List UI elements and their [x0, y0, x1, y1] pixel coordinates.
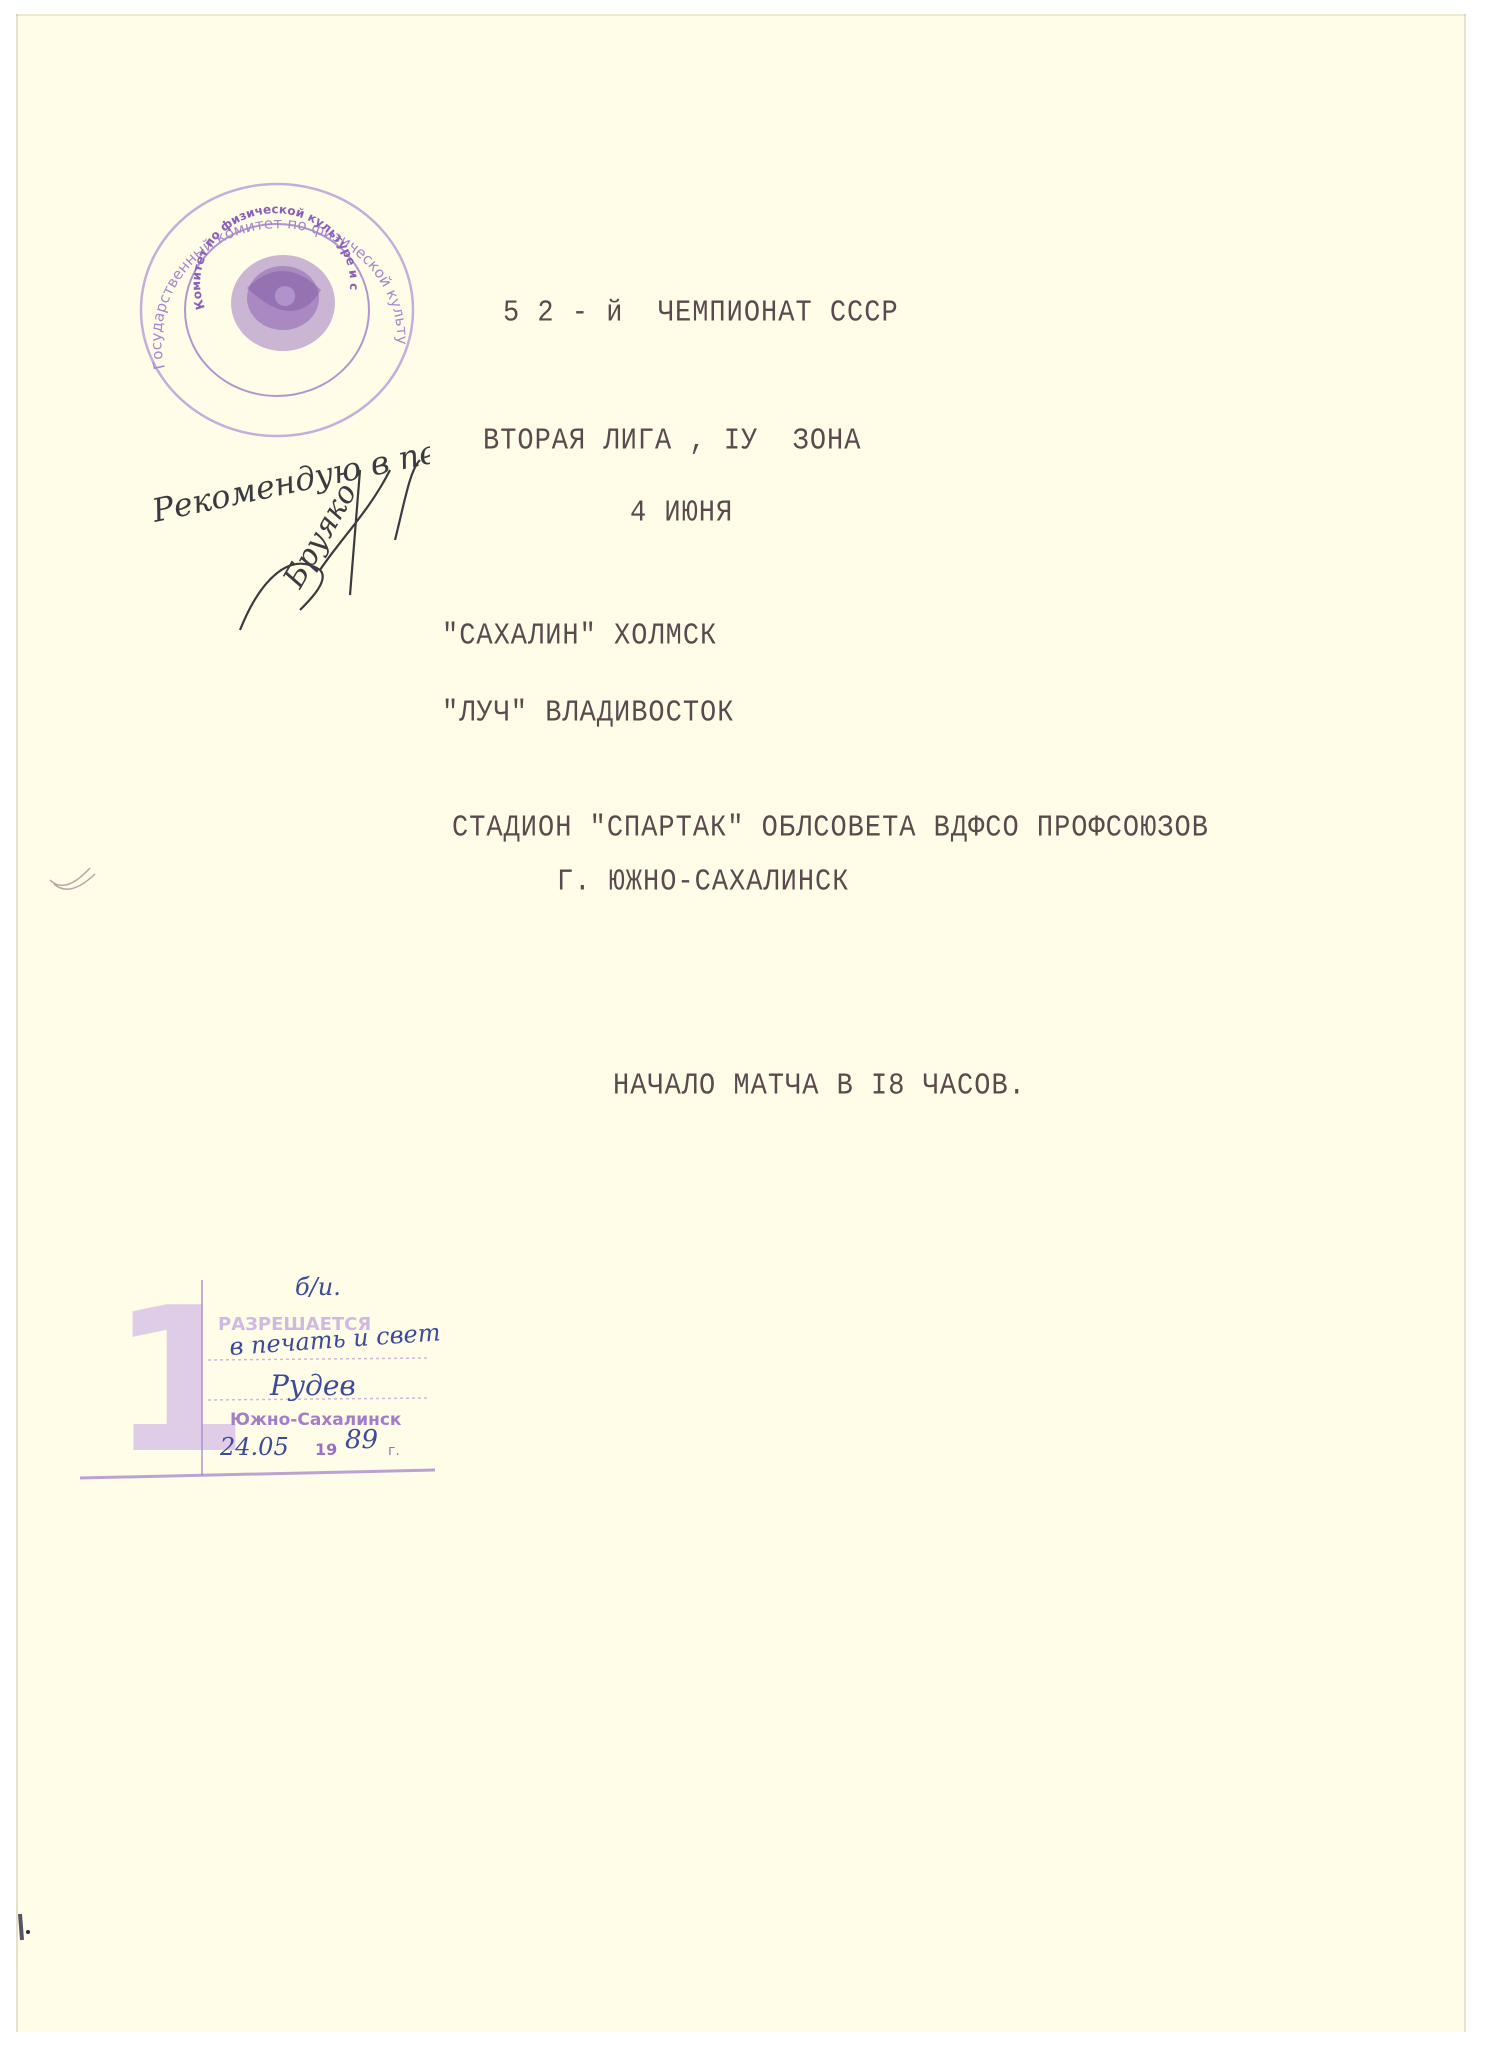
- stadium-name: СТАДИОН "СПАРТАК" ОБЛСОВЕТА ВДФСО ПРОФСО…: [452, 812, 1209, 846]
- kickoff-time: НАЧАЛО МАТЧА В I8 ЧАСОВ.: [613, 1070, 1026, 1104]
- stamp-year-suffix: г.: [388, 1443, 400, 1459]
- coat-of-arms-icon: [231, 255, 335, 351]
- recommendation-text: Рекомендую в печать: [150, 430, 430, 530]
- league-zone: ВТОРАЯ ЛИГА , IУ ЗОНА: [483, 425, 861, 459]
- home-team: "САХАЛИН" ХОЛМСК: [442, 620, 717, 654]
- handwritten-number: б/и.: [295, 1273, 341, 1301]
- handwritten-date: 24.05: [219, 1433, 289, 1461]
- handwritten-recommendation: Рекомендую в печать Бруяко: [150, 430, 430, 640]
- match-date: 4 ИЮНЯ: [630, 497, 733, 531]
- stray-pencil-mark: [40, 860, 100, 900]
- stamp-year-prefix: 19: [315, 1440, 337, 1459]
- championship-title: 5 2 - й ЧЕМПИОНАТ СССР: [503, 297, 899, 331]
- stamp-number-one: 1: [110, 1265, 249, 1498]
- censorship-permit-stamp: 1 РАЗРЕШАЕТСЯ Южно-Сахалинск б/и. в печа…: [70, 1250, 530, 1510]
- binding-hole-mark: [10, 1910, 32, 1946]
- handwritten-year: 89: [345, 1425, 378, 1455]
- permit-signature: Рудев: [269, 1369, 356, 1402]
- away-team: "ЛУЧ" ВЛАДИВОСТОК: [442, 697, 734, 731]
- city-name: Г. ЮЖНО-САХАЛИНСК: [557, 866, 849, 900]
- round-official-stamp: Государственный комитет по физической ку…: [135, 178, 420, 443]
